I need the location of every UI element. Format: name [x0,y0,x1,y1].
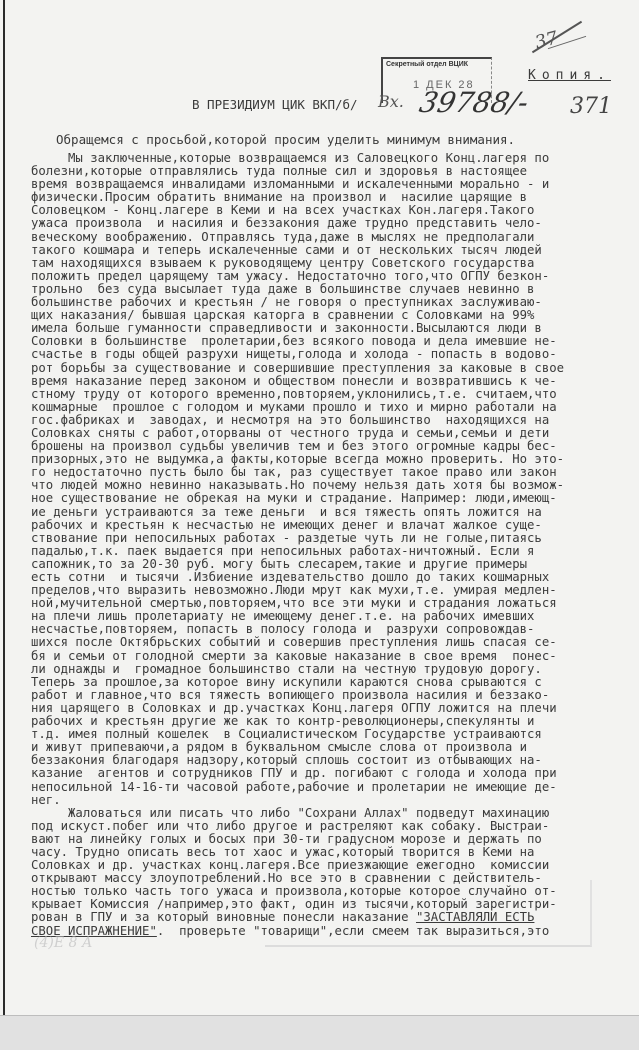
letter-line: рот борьбы за существование и совершивши… [31,362,636,375]
page-left-edge [3,0,5,1015]
letter-line: счастье в годы общей разрухи нищеты,голо… [31,348,636,361]
letter-line: Жаловаться или писать что либо "Сохрани … [31,807,636,820]
handwritten-registration-number: 39788/- [416,86,531,119]
letter-line: работ и главное,что вся тяжесть вопиющег… [31,689,636,702]
handwritten-page-number: 371 [570,94,612,119]
bleed-through-mark [265,880,592,947]
intro-line: Обращемся с просьбой,которой просим удел… [56,132,515,147]
letter-line: ствование при непосильных работах - разд… [31,532,636,545]
letter-body: Мы заключенные,которые возвращаемся из С… [31,152,636,938]
letter-line: ли однажды и громадное большинство стали… [31,663,636,676]
letter-line: ное существование не обрекая на муки и с… [31,492,636,505]
document-title: В ПРЕЗИДИУМ ЦИК ВКП/б/ [192,97,358,112]
stamp-header: Секретный отдел ВЦИК [386,61,468,68]
letter-line: стному труду от которого временно,повтор… [31,388,636,401]
letter-line: ужаса произвола и насилия и беззакония д… [31,217,636,230]
letter-body-lines: Мы заключенные,которые возвращаемся из С… [31,152,636,911]
letter-line: непосильной 14-16-ти часовой работе,рабо… [31,781,636,794]
letter-line: под искуст.побег или что либо другое и р… [31,820,636,833]
copy-mark: Копия. [528,68,611,83]
letter-line: такого кошмара и теперь искалеченные сам… [31,244,636,257]
letter-line: бя и семьи от голодной смерти за каковые… [31,650,636,663]
letter-line: рабочих и крестьян к несчастью не имеющи… [31,519,636,532]
faint-margin-note: (4)Е 8 А [34,935,92,951]
letter-line: Теперь за прошлое,за которое вину искупи… [31,676,636,689]
letter-line: нег. [31,794,636,807]
letter-line: падалью,т.к. паек выдается при непосильн… [31,545,636,558]
letter-line: положить предел царящему там ужасу. Недо… [31,270,636,283]
letter-line: веческому воображению. Отправлясь туда,д… [31,231,636,244]
document-page: 37 Копия. Секретный отдел ВЦИК 1 ДЕК 28 … [0,0,639,1016]
letter-line: время наказание перед законом и общество… [31,375,636,388]
letter-line: вают на линейку голых и босых при 30-ти … [31,833,636,846]
letter-line: шихся после Октябрьских событий и соверш… [31,636,636,649]
letter-line: ие деньги устраиваются за теже деньги и … [31,506,636,519]
letter-line: гос.фабриках и заводах, и несмотря на эт… [31,414,636,427]
handwritten-registration-prefix: Вх. [378,92,404,111]
letter-line: кошмарные прошлое с голодом и муками про… [31,401,636,414]
letter-line: казание агентов и сотрудников ГПУ и др. … [31,767,636,780]
letter-line: там находящихся взываем к руководящему ц… [31,257,636,270]
scan-bottom-margin [0,1016,639,1050]
